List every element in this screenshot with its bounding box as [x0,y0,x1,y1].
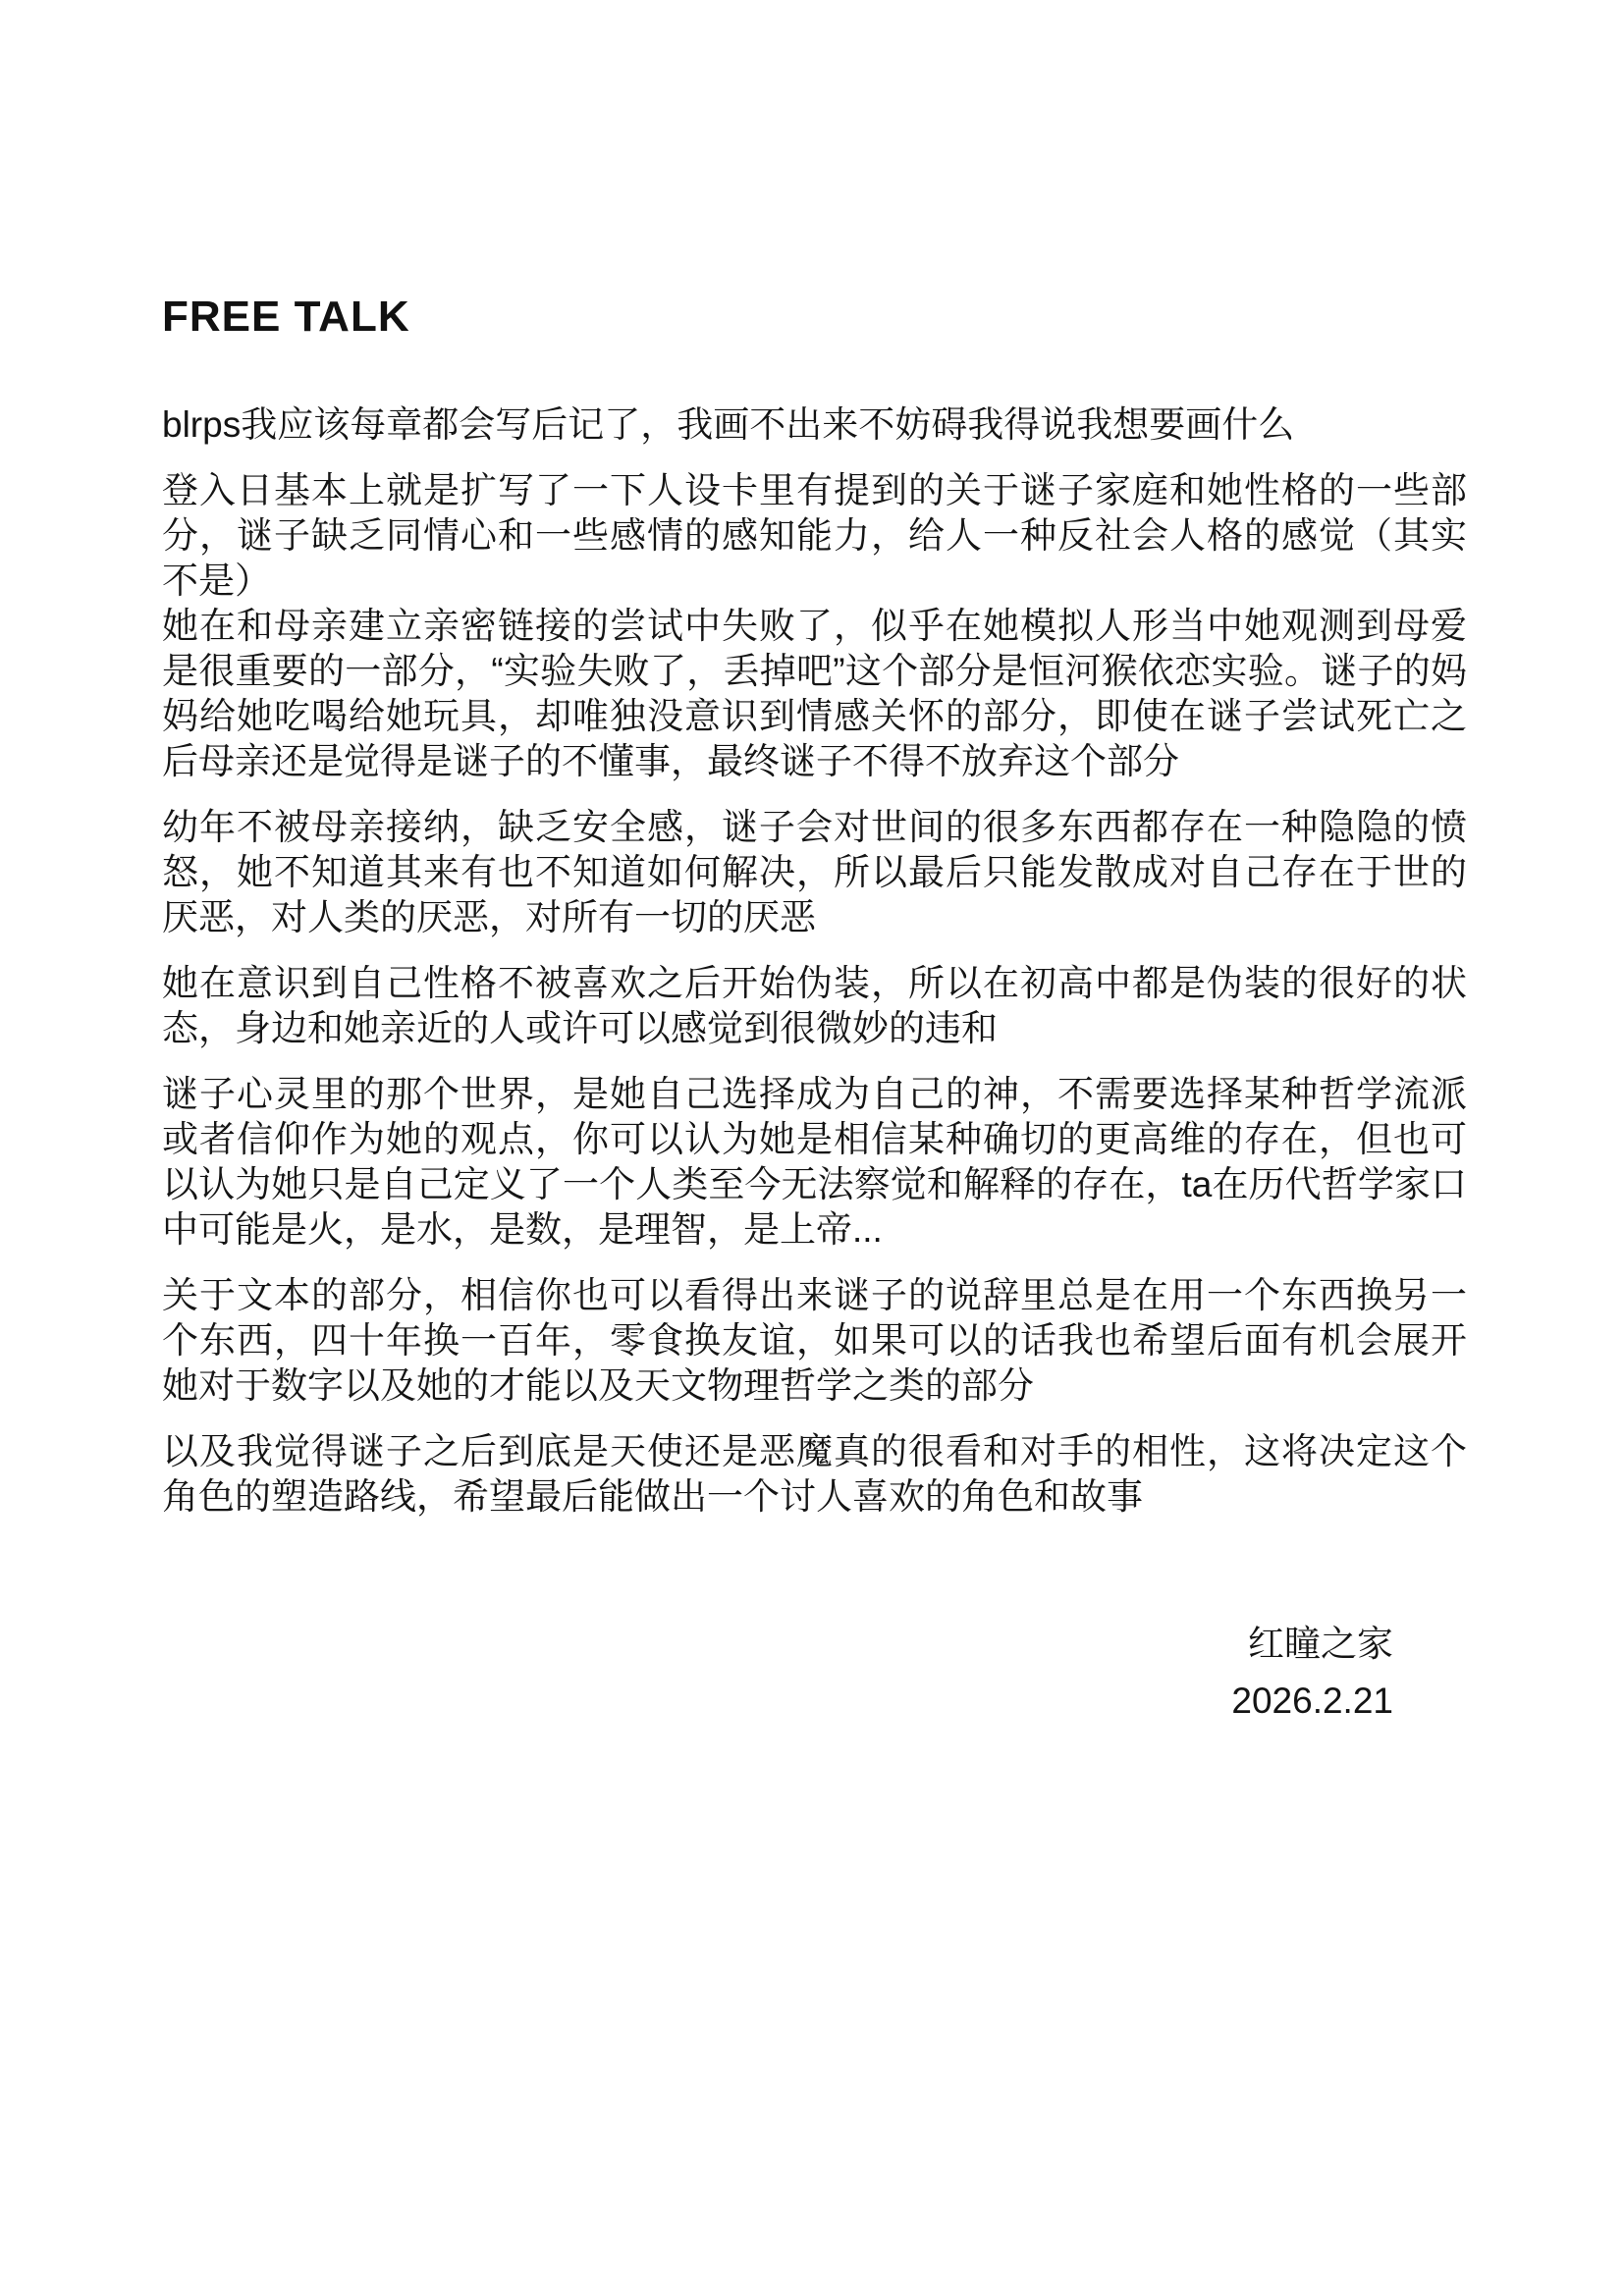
footer-credit: 红瞳之家 [162,1616,1393,1673]
page-title: FREE TALK [162,293,1467,342]
paragraph-inner-world: 谜子心灵里的那个世界，是她自己选择成为自己的神，不需要选择某种哲学流派或者信仰作… [162,1072,1467,1253]
paragraph-angel-or-demon: 以及我觉得谜子之后到底是天使还是恶魔真的很看和对手的相性，这将决定这个角色的塑造… [162,1429,1467,1520]
paragraph-text-notes: 关于文本的部分，相信你也可以看得出来谜子的说辞里总是在用一个东西换另一个东西，四… [162,1273,1467,1409]
paragraph-disguise: 她在意识到自己性格不被喜欢之后开始伪装，所以在初高中都是伪装的很好的状态，身边和… [162,961,1467,1051]
document-page: FREE TALK blrps我应该每章都会写后记了，我画不出来不妨碍我得说我想… [0,0,1624,2296]
paragraph-childhood: 幼年不被母亲接纳，缺乏安全感，谜子会对世间的很多东西都存在一种隐隐的愤怒，她不知… [162,805,1467,940]
document-content: FREE TALK blrps我应该每章都会写后记了，我画不出来不妨碍我得说我想… [0,0,1624,1730]
footer-date: 2026.2.21 [162,1673,1393,1730]
paragraph-login-day: 登入日基本上就是扩写了一下人设卡里有提到的关于谜子家庭和她性格的一些部分，谜子缺… [162,468,1467,784]
footer: 红瞳之家 2026.2.21 [162,1616,1467,1730]
paragraph-intro: blrps我应该每章都会写后记了，我画不出来不妨碍我得说我想要画什么 [162,402,1467,448]
